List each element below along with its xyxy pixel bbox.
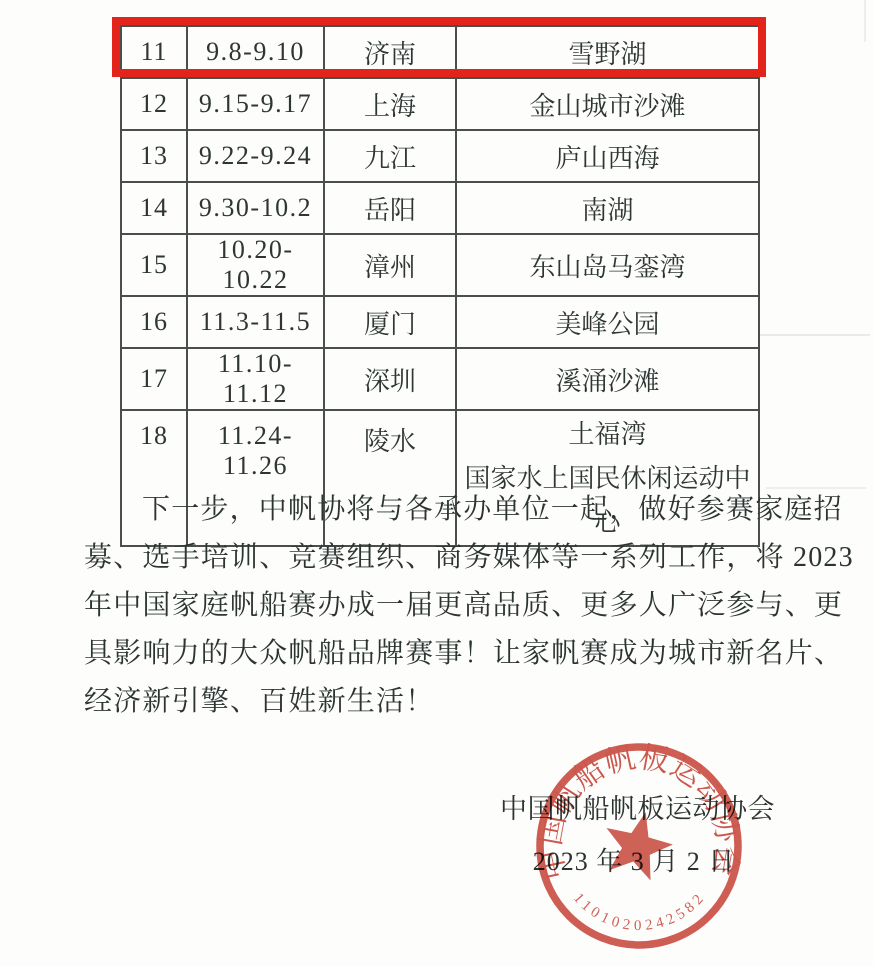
table-row-14: 14 9.30-10.2 岳阳 南湖 bbox=[121, 182, 759, 234]
table-row-15: 15 10.20-10.22 漳州 东山岛马銮湾 bbox=[121, 234, 759, 296]
document-page: 11 9.8-9.10 济南 雪野湖 12 9.15-9.17 上海 金山城市沙… bbox=[0, 0, 873, 966]
cell-location: 庐山西海 bbox=[456, 130, 759, 182]
table-row-16: 16 11.3-11.5 厦门 美峰公园 bbox=[121, 296, 759, 348]
cell-city: 漳州 bbox=[324, 234, 456, 296]
paragraph-line: 年中国家庭帆船赛办成一届更高品质、更多人广泛参与、更 bbox=[84, 582, 804, 630]
paragraph-line: 下一步，中帆协将与各承办单位一起，做好参赛家庭招 bbox=[84, 486, 804, 534]
body-paragraph: 下一步，中帆协将与各承办单位一起，做好参赛家庭招 募、选手培训、竞赛组织、商务媒… bbox=[84, 486, 804, 726]
scan-artifact-line bbox=[758, 334, 870, 336]
seal-serial-number: 1101020242582 bbox=[570, 890, 707, 934]
cell-date: 9.15-9.17 bbox=[187, 78, 324, 130]
cell-date: 11.10-11.12 bbox=[187, 348, 324, 410]
cell-date: 9.22-9.24 bbox=[187, 130, 324, 182]
cell-city: 岳阳 bbox=[324, 182, 456, 234]
cell-number: 16 bbox=[121, 296, 187, 348]
table-row-17: 17 11.10-11.12 深圳 溪涌沙滩 bbox=[121, 348, 759, 410]
cell-location: 东山岛马銮湾 bbox=[456, 234, 759, 296]
paragraph-line: 募、选手培训、竞赛组织、商务媒体等一系列工作，将 2023 bbox=[84, 534, 804, 582]
cell-date: 11.3-11.5 bbox=[187, 296, 324, 348]
cell-number: 15 bbox=[121, 234, 187, 296]
cell-location: 金山城市沙滩 bbox=[456, 78, 759, 130]
highlight-box bbox=[112, 17, 766, 77]
paragraph-line: 具影响力的大众帆船品牌赛事！让家帆赛成为城市新名片、 bbox=[84, 630, 804, 678]
location-line-1: 土福湾 bbox=[457, 411, 758, 457]
cell-city: 深圳 bbox=[324, 348, 456, 410]
cell-location: 南湖 bbox=[456, 182, 759, 234]
paragraph-line: 经济新引擎、百姓新生活！ bbox=[84, 678, 804, 726]
cell-city: 厦门 bbox=[324, 296, 456, 348]
cell-location: 溪涌沙滩 bbox=[456, 348, 759, 410]
cell-number: 14 bbox=[121, 182, 187, 234]
table-row-12: 12 9.15-9.17 上海 金山城市沙滩 bbox=[121, 78, 759, 130]
table-row-13: 13 9.22-9.24 九江 庐山西海 bbox=[121, 130, 759, 182]
schedule-table: 11 9.8-9.10 济南 雪野湖 12 9.15-9.17 上海 金山城市沙… bbox=[120, 25, 760, 547]
cell-date: 10.20-10.22 bbox=[187, 234, 324, 296]
cell-number: 13 bbox=[121, 130, 187, 182]
cell-city: 上海 bbox=[324, 78, 456, 130]
star-icon bbox=[597, 804, 679, 884]
cell-number: 12 bbox=[121, 78, 187, 130]
cell-location: 美峰公园 bbox=[456, 296, 759, 348]
cell-number: 17 bbox=[121, 348, 187, 410]
official-seal-stamp: 中国帆船帆板运动协会 1101020242582 bbox=[524, 731, 754, 961]
cell-city: 九江 bbox=[324, 130, 456, 182]
scan-artifact-line bbox=[864, 0, 866, 42]
cell-date: 9.30-10.2 bbox=[187, 182, 324, 234]
